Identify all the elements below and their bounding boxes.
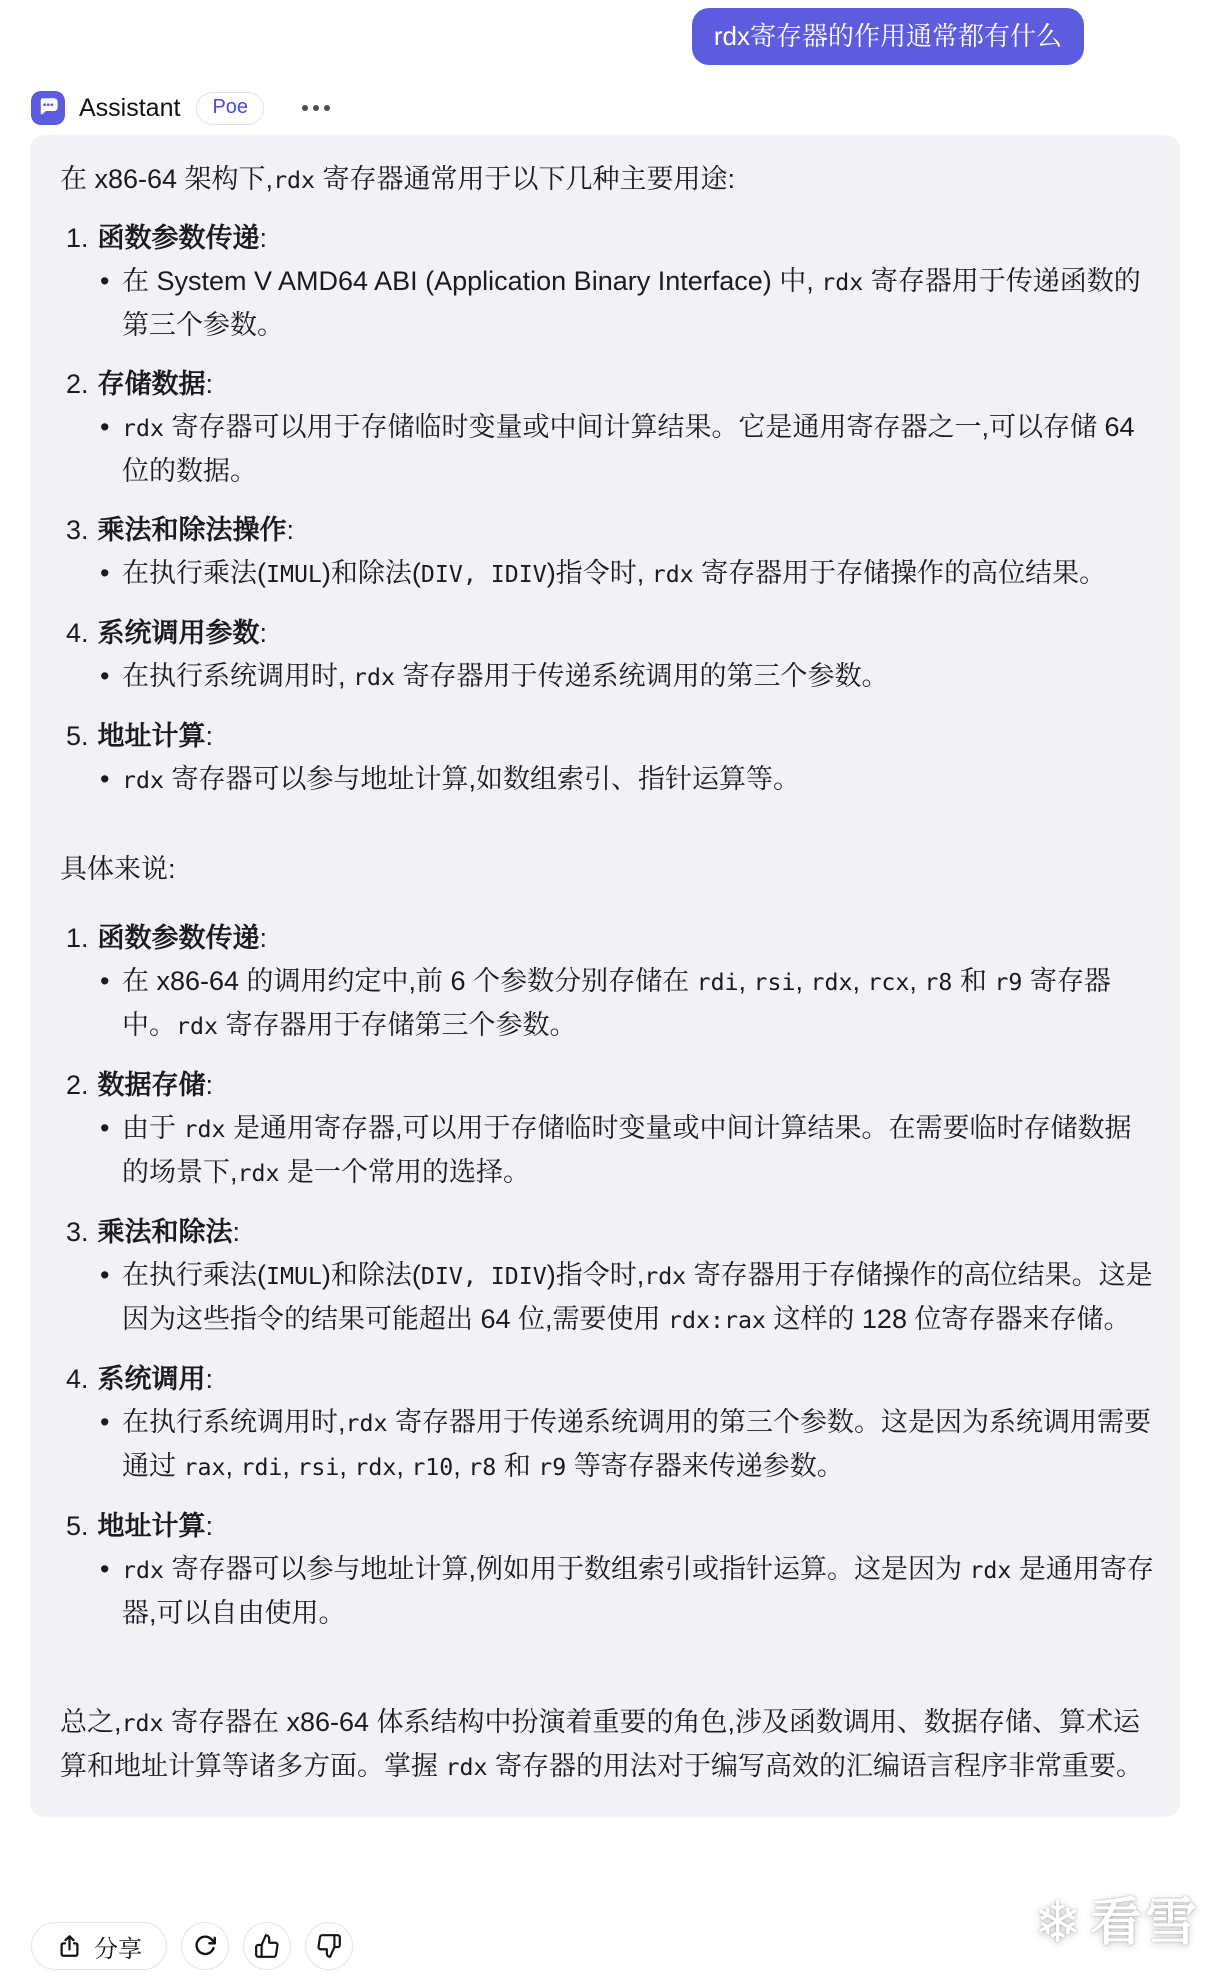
chat-bubble-icon xyxy=(37,95,59,122)
bullet-list: •由于 rdx 是通用寄存器,可以用于存储临时变量或中间计算结果。在需要临时存储… xyxy=(66,1107,1156,1195)
bullet-list: •rdx 寄存器可以参与地址计算,例如用于数组索引或指针运算。这是因为 rdx … xyxy=(66,1548,1156,1635)
list-item-title: 5.地址计算: xyxy=(66,1505,1156,1548)
message-intro: 在 x86-64 架构下,rdx 寄存器通常用于以下几种主要用途: xyxy=(60,158,1156,202)
like-button[interactable] xyxy=(243,1922,291,1970)
assistant-message-card: 在 x86-64 架构下,rdx 寄存器通常用于以下几种主要用途: 1.函数参数… xyxy=(30,135,1180,1817)
snowflake-icon: ❄ xyxy=(1033,1894,1082,1952)
list-item-title: 1.函数参数传递: xyxy=(66,917,1156,960)
bullet-dot: • xyxy=(100,552,122,596)
bullet-item: •rdx 寄存器可以用于存储临时变量或中间计算结果。它是通用寄存器之一,可以存储… xyxy=(100,406,1156,493)
list-item: 3.乘法和除法: •在执行乘法(IMUL)和除法(DIV, IDIV)指令时,r… xyxy=(66,1211,1156,1342)
list-item: 1.函数参数传递: •在 x86-64 的调用约定中,前 6 个参数分别存储在 … xyxy=(66,917,1156,1048)
bullet-list: •在 x86-64 的调用约定中,前 6 个参数分别存储在 rdi, rsi, … xyxy=(66,960,1156,1048)
list-item: 5.地址计算: •rdx 寄存器可以参与地址计算,例如用于数组索引或指针运算。这… xyxy=(66,1505,1156,1635)
list-item: 2.数据存储: •由于 rdx 是通用寄存器,可以用于存储临时变量或中间计算结果… xyxy=(66,1064,1156,1195)
bullet-list: •在执行乘法(IMUL)和除法(DIV, IDIV)指令时, rdx 寄存器用于… xyxy=(66,552,1156,596)
bullet-item: •在执行系统调用时,rdx 寄存器用于传递系统调用的第三个参数。这是因为系统调用… xyxy=(100,1401,1156,1489)
bullet-dot: • xyxy=(100,406,122,493)
bullet-dot: • xyxy=(100,1254,122,1342)
list-item-title: 2.数据存储: xyxy=(66,1064,1156,1107)
usage-list-primary: 1.函数参数传递: •在 System V AMD64 ABI (Applica… xyxy=(60,217,1156,802)
bullet-item: •在执行乘法(IMUL)和除法(DIV, IDIV)指令时, rdx 寄存器用于… xyxy=(100,552,1156,596)
watermark: ❄ 看雪 xyxy=(1033,1894,1200,1952)
list-item: 3.乘法和除法操作: •在执行乘法(IMUL)和除法(DIV, IDIV)指令时… xyxy=(66,509,1156,596)
list-item: 1.函数参数传递: •在 System V AMD64 ABI (Applica… xyxy=(66,217,1156,347)
bullet-list: •在 System V AMD64 ABI (Application Binar… xyxy=(66,260,1156,347)
user-message-bubble: rdx寄存器的作用通常都有什么 xyxy=(692,8,1084,65)
regenerate-icon xyxy=(192,1933,218,1959)
bullet-list: •在执行系统调用时,rdx 寄存器用于传递系统调用的第三个参数。这是因为系统调用… xyxy=(66,1401,1156,1489)
thumbs-down-icon xyxy=(316,1933,342,1959)
list-item: 5.地址计算: •rdx 寄存器可以参与地址计算,如数组索引、指针运算等。 xyxy=(66,715,1156,802)
share-button-label: 分享 xyxy=(94,1929,142,1964)
list-item: 2.存储数据: •rdx 寄存器可以用于存储临时变量或中间计算结果。它是通用寄存… xyxy=(66,363,1156,493)
list-item-title: 4.系统调用: xyxy=(66,1358,1156,1401)
message-conclusion: 总之,rdx 寄存器在 x86-64 体系结构中扮演着重要的角色,涉及函数调用、… xyxy=(60,1701,1156,1789)
bot-name[interactable]: Assistant xyxy=(79,94,180,123)
message-middle: 具体来说: xyxy=(60,848,1156,891)
bullet-dot: • xyxy=(100,655,122,699)
bullet-item: •在执行乘法(IMUL)和除法(DIV, IDIV)指令时,rdx 寄存器用于存… xyxy=(100,1254,1156,1342)
list-item-title: 3.乘法和除法操作: xyxy=(66,509,1156,552)
assistant-avatar[interactable] xyxy=(31,91,65,125)
regenerate-button[interactable] xyxy=(181,1922,229,1970)
list-item: 4.系统调用参数: •在执行系统调用时, rdx 寄存器用于传递系统调用的第三个… xyxy=(66,612,1156,699)
share-icon xyxy=(56,1933,83,1960)
platform-badge[interactable]: Poe xyxy=(196,92,264,125)
list-item-title: 5.地址计算: xyxy=(66,715,1156,758)
bullet-dot: • xyxy=(100,1548,122,1635)
list-item-title: 1.函数参数传递: xyxy=(66,217,1156,260)
bullet-dot: • xyxy=(100,1107,122,1195)
bullet-list: •在执行系统调用时, rdx 寄存器用于传递系统调用的第三个参数。 xyxy=(66,655,1156,699)
list-item-title: 4.系统调用参数: xyxy=(66,612,1156,655)
bullet-list: •rdx 寄存器可以用于存储临时变量或中间计算结果。它是通用寄存器之一,可以存储… xyxy=(66,406,1156,493)
dislike-button[interactable] xyxy=(305,1922,353,1970)
bullet-list: •rdx 寄存器可以参与地址计算,如数组索引、指针运算等。 xyxy=(66,758,1156,802)
bullet-dot: • xyxy=(100,960,122,1048)
thumbs-up-icon xyxy=(254,1933,280,1959)
bullet-item: •在执行系统调用时, rdx 寄存器用于传递系统调用的第三个参数。 xyxy=(100,655,1156,699)
bullet-item: •rdx 寄存器可以参与地址计算,如数组索引、指针运算等。 xyxy=(100,758,1156,802)
bullet-dot: • xyxy=(100,758,122,802)
bullet-item: •由于 rdx 是通用寄存器,可以用于存储临时变量或中间计算结果。在需要临时存储… xyxy=(100,1107,1156,1195)
assistant-header: Assistant Poe xyxy=(31,91,330,125)
message-actions: 分享 xyxy=(31,1922,353,1970)
watermark-text: 看雪 xyxy=(1090,1897,1200,1949)
bullet-dot: • xyxy=(100,260,122,347)
list-item-title: 2.存储数据: xyxy=(66,363,1156,406)
usage-list-detailed: 1.函数参数传递: •在 x86-64 的调用约定中,前 6 个参数分别存储在 … xyxy=(60,917,1156,1635)
share-button[interactable]: 分享 xyxy=(31,1922,167,1970)
bullet-list: •在执行乘法(IMUL)和除法(DIV, IDIV)指令时,rdx 寄存器用于存… xyxy=(66,1254,1156,1342)
bullet-item: •rdx 寄存器可以参与地址计算,例如用于数组索引或指针运算。这是因为 rdx … xyxy=(100,1548,1156,1635)
bullet-dot: • xyxy=(100,1401,122,1489)
bullet-item: •在 x86-64 的调用约定中,前 6 个参数分别存储在 rdi, rsi, … xyxy=(100,960,1156,1048)
list-item: 4.系统调用: •在执行系统调用时,rdx 寄存器用于传递系统调用的第三个参数。… xyxy=(66,1358,1156,1489)
bullet-item: •在 System V AMD64 ABI (Application Binar… xyxy=(100,260,1156,347)
ellipsis-icon[interactable] xyxy=(302,105,330,111)
list-item-title: 3.乘法和除法: xyxy=(66,1211,1156,1254)
